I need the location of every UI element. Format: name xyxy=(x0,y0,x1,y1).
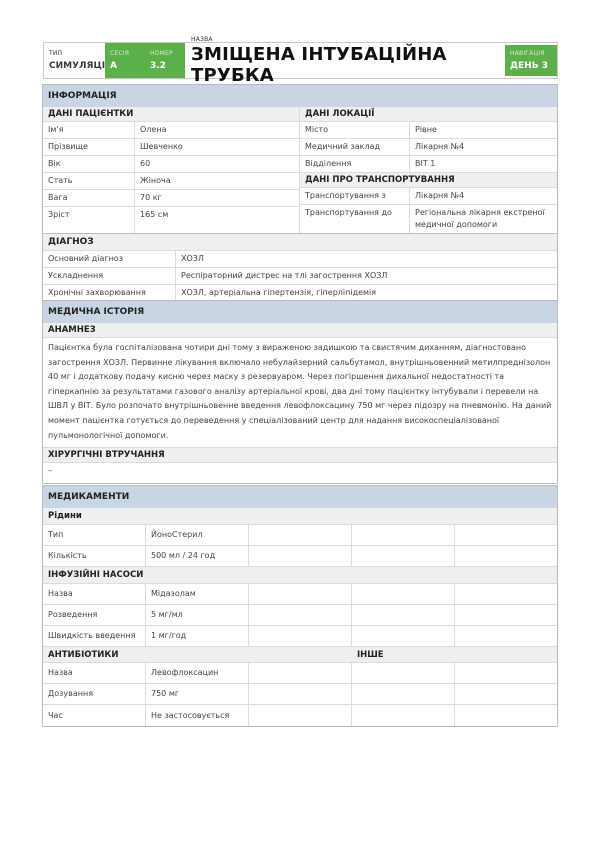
anamnesis-heading: АНАМНЕЗ xyxy=(43,323,557,338)
field-value: Не застосовується xyxy=(146,705,249,726)
field-value: Регіональна лікарня екстреної медичної д… xyxy=(410,205,557,233)
session-cell: СЕСІЯ A xyxy=(105,43,145,78)
field-label: Розведення xyxy=(43,605,146,625)
field-label: Ускладнення xyxy=(43,268,176,284)
field-value: 70 кг xyxy=(135,190,299,206)
field-label: Місто xyxy=(300,122,410,138)
empty-cell xyxy=(249,705,352,726)
empty-cell xyxy=(352,626,455,646)
empty-cell xyxy=(455,546,557,566)
medications-heading: МЕДИКАМЕНТИ xyxy=(43,486,557,508)
empty-cell xyxy=(352,584,455,604)
field-label: Відділення xyxy=(300,156,410,172)
number-value: 3.2 xyxy=(150,61,180,71)
table-row: Транспортування зЛікарня №4 xyxy=(300,188,557,205)
field-value: Олена xyxy=(135,122,299,138)
field-value: Мідазолам xyxy=(146,584,249,604)
transport-data-heading: ДАНІ ПРО ТРАНСПОРТУВАННЯ xyxy=(300,173,557,188)
table-row: СтатьЖіноча xyxy=(43,173,299,190)
empty-cell xyxy=(455,584,557,604)
field-label: Назва xyxy=(43,584,146,604)
empty-cell xyxy=(455,684,557,704)
diagnosis-section: ДІАГНОЗ Основний діагнозХОЗЛ Ускладнення… xyxy=(42,233,558,302)
field-label: Транспортування до xyxy=(300,205,410,233)
table-row: ТипЙоноСтерил xyxy=(43,525,557,546)
information-heading: ІНФОРМАЦІЯ xyxy=(43,85,557,107)
table-row: Вік60 xyxy=(43,156,299,173)
table-row: НазваМідазолам xyxy=(43,584,557,605)
field-label: Хронічні захворювання xyxy=(43,285,176,301)
patient-data-heading: ДАНІ ПАЦІЄНТКИ xyxy=(43,107,299,122)
field-label: Кількість xyxy=(43,546,146,566)
field-value: Рівне xyxy=(410,122,557,138)
field-label: Вага xyxy=(43,190,135,206)
field-value: 60 xyxy=(135,156,299,172)
location-data-heading: ДАНІ ЛОКАЦІЇ xyxy=(300,107,557,122)
empty-cell xyxy=(352,705,455,726)
field-label: Назва xyxy=(43,663,146,683)
field-value: Левофлоксацин xyxy=(146,663,249,683)
empty-cell xyxy=(249,546,352,566)
empty-cell xyxy=(249,584,352,604)
information-section: ІНФОРМАЦІЯ ДАНІ ПАЦІЄНТКИ Ім'яОлена Пріз… xyxy=(42,84,558,238)
number-cell: НОМЕР 3.2 xyxy=(145,43,185,78)
table-row: НазваЛевофлоксацин xyxy=(43,663,557,684)
navigation-value: ДЕНЬ 3 xyxy=(510,61,552,71)
location-data: ДАНІ ЛОКАЦІЇ МістоРівне Медичний закладЛ… xyxy=(300,107,557,237)
field-value: ХОЗЛ, артеріальна гіпертензія, гіперліпі… xyxy=(176,285,557,301)
empty-cell xyxy=(249,663,352,683)
table-row: УскладненняРеспіраторний дистрес на тлі … xyxy=(43,268,557,285)
empty-cell xyxy=(455,663,557,683)
empty-cell xyxy=(455,525,557,545)
fluids-heading: Рідини xyxy=(43,508,557,525)
field-label: Медичний заклад xyxy=(300,139,410,155)
field-value: 750 мг xyxy=(146,684,249,704)
empty-cell xyxy=(352,525,455,545)
type-value: СИМУЛЯЦІЯ xyxy=(49,61,100,71)
empty-cell xyxy=(455,626,557,646)
name-cell: НАЗВА ЗМІЩЕНА ІНТУБАЦІЙНА ТРУБКА xyxy=(185,43,505,78)
empty-cell xyxy=(352,546,455,566)
field-label: Ім'я xyxy=(43,122,135,138)
other-heading: ІНШЕ xyxy=(352,647,557,662)
patient-data: ДАНІ ПАЦІЄНТКИ Ім'яОлена ПрізвищеШевченк… xyxy=(43,107,300,237)
surgery-heading: ХІРУРГІЧНІ ВТРУЧАННЯ xyxy=(43,448,557,463)
field-value: ХОЗЛ xyxy=(176,251,557,267)
table-row: Розведення5 мг/мл xyxy=(43,605,557,626)
field-value: Лікарня №4 xyxy=(410,139,557,155)
medications-section: МЕДИКАМЕНТИ Рідини ТипЙоноСтерил Кількіс… xyxy=(42,485,558,727)
table-row: ВідділенняВІТ 1 xyxy=(300,156,557,173)
medical-history-heading: МЕДИЧНА ІСТОРІЯ xyxy=(43,301,557,323)
scenario-title: ЗМІЩЕНА ІНТУБАЦІЙНА ТРУБКА xyxy=(191,44,500,86)
anamnesis-text: Пацієнтка була госпіталізована чотири дн… xyxy=(43,338,557,448)
number-label: НОМЕР xyxy=(150,50,180,57)
empty-cell xyxy=(249,626,352,646)
empty-cell xyxy=(455,705,557,726)
navigation-button[interactable]: НАВІГАЦІЯ ДЕНЬ 3 xyxy=(505,45,557,76)
field-label: Основний діагноз xyxy=(43,251,176,267)
diagnosis-heading: ДІАГНОЗ xyxy=(43,234,557,251)
session-value: A xyxy=(110,61,140,71)
field-value: ВІТ 1 xyxy=(410,156,557,172)
session-label: СЕСІЯ xyxy=(110,50,140,57)
table-row: ЧасНе застосовується xyxy=(43,705,557,726)
name-label: НАЗВА xyxy=(191,36,500,43)
table-row: Транспортування доРегіональна лікарня ек… xyxy=(300,205,557,233)
empty-cell xyxy=(455,605,557,625)
type-label: ТИП xyxy=(49,50,100,57)
field-label: Швидкість введення xyxy=(43,626,146,646)
field-value: Лікарня №4 xyxy=(410,188,557,204)
surgery-value: – xyxy=(43,463,557,483)
field-value: 5 мг/мл xyxy=(146,605,249,625)
field-label: Стать xyxy=(43,173,135,189)
field-value: 500 мл / 24 год xyxy=(146,546,249,566)
table-row: ПрізвищеШевченко xyxy=(43,139,299,156)
medical-history-section: МЕДИЧНА ІСТОРІЯ АНАМНЕЗ Пацієнтка була г… xyxy=(42,300,558,484)
table-row: Ім'яОлена xyxy=(43,122,299,139)
field-label: Прізвище xyxy=(43,139,135,155)
infusion-pumps-heading: ІНФУЗІЙНІ НАСОСИ xyxy=(43,567,557,584)
empty-cell xyxy=(352,684,455,704)
navigation-label: НАВІГАЦІЯ xyxy=(510,50,552,57)
empty-cell xyxy=(352,663,455,683)
field-label: Дозування xyxy=(43,684,146,704)
empty-cell xyxy=(249,684,352,704)
antibiotics-other-heading: АНТИБІОТИКИ ІНШЕ xyxy=(43,647,557,663)
scenario-header: ТИП СИМУЛЯЦІЯ СЕСІЯ A НОМЕР 3.2 НАЗВА ЗМ… xyxy=(43,42,558,79)
empty-cell xyxy=(249,525,352,545)
table-row: Хронічні захворюванняХОЗЛ, артеріальна г… xyxy=(43,285,557,301)
field-value: Респіраторний дистрес на тлі загострення… xyxy=(176,268,557,284)
field-label: Тип xyxy=(43,525,146,545)
table-row: Швидкість введення1 мг/год xyxy=(43,626,557,647)
table-row: Основний діагнозХОЗЛ xyxy=(43,251,557,268)
empty-cell xyxy=(249,605,352,625)
field-label: Вік xyxy=(43,156,135,172)
table-row: Кількість500 мл / 24 год xyxy=(43,546,557,567)
field-value: Шевченко xyxy=(135,139,299,155)
field-value: Жіноча xyxy=(135,173,299,189)
table-row: Вага70 кг xyxy=(43,190,299,207)
table-row: Дозування750 мг xyxy=(43,684,557,705)
type-cell: ТИП СИМУЛЯЦІЯ xyxy=(44,43,105,78)
field-value: ЙоноСтерил xyxy=(146,525,249,545)
field-value: 1 мг/год xyxy=(146,626,249,646)
field-label: Транспортування з xyxy=(300,188,410,204)
empty-cell xyxy=(352,605,455,625)
field-label: Час xyxy=(43,705,146,726)
table-row: МістоРівне xyxy=(300,122,557,139)
antibiotics-heading: АНТИБІОТИКИ xyxy=(43,647,352,662)
table-row: Медичний закладЛікарня №4 xyxy=(300,139,557,156)
